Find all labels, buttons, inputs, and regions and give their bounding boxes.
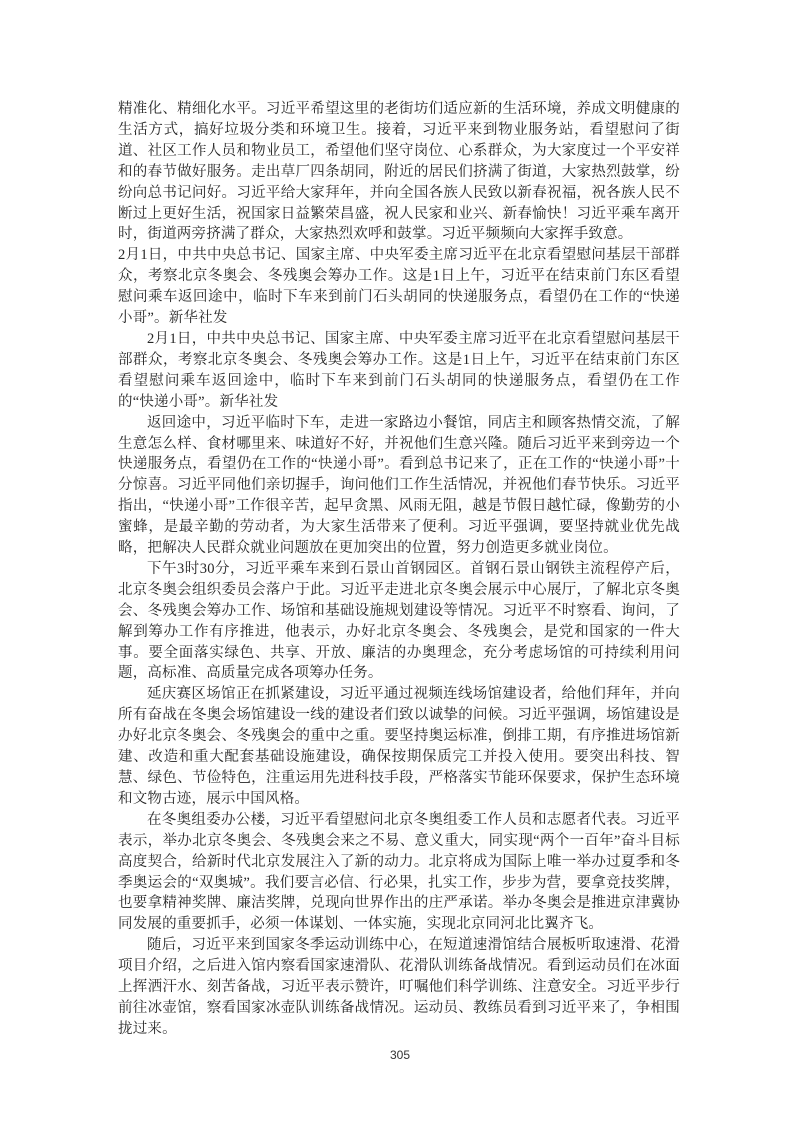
paragraph: 延庆赛区场馆正在抓紧建设，习近平通过视频连线场馆建设者，给他们拜年，并向所有奋战… (118, 684, 680, 809)
paragraph: 在冬奥组委办公楼，习近平看望慰问北京冬奥组委工作人员和志愿者代表。习近平表示，举… (118, 810, 680, 935)
document-body: 精准化、精细化水平。习近平希望这里的老街坊们适应新的生活环境，养成文明健康的生活… (118, 99, 680, 1040)
document-page: 精准化、精细化水平。习近平希望这里的老街坊们适应新的生活环境，养成文明健康的生活… (0, 0, 800, 1133)
paragraph: 返回途中，习近平临时下车，走进一家路边小餐馆，同店主和顾客热情交流，了解生意怎么… (118, 413, 680, 559)
paragraph-photo-caption: 2月1日，中共中央总书记、国家主席、中央军委主席习近平在北京看望慰问基层干部群众… (118, 245, 680, 329)
paragraph-photo-caption: 2月1日，中共中央总书记、国家主席、中央军委主席习近平在北京看望慰问基层干部群众… (118, 329, 680, 413)
paragraph: 精准化、精细化水平。习近平希望这里的老街坊们适应新的生活环境，养成文明健康的生活… (118, 99, 680, 245)
paragraph: 随后，习近平来到国家冬季运动训练中心，在短道速滑馆结合展板听取速滑、花滑项目介绍… (118, 935, 680, 1040)
paragraph: 下午3时30分，习近平乘车来到石景山首钢园区。首钢石景山钢铁主流程停产后，北京冬… (118, 559, 680, 684)
page-number: 305 (0, 1048, 800, 1062)
